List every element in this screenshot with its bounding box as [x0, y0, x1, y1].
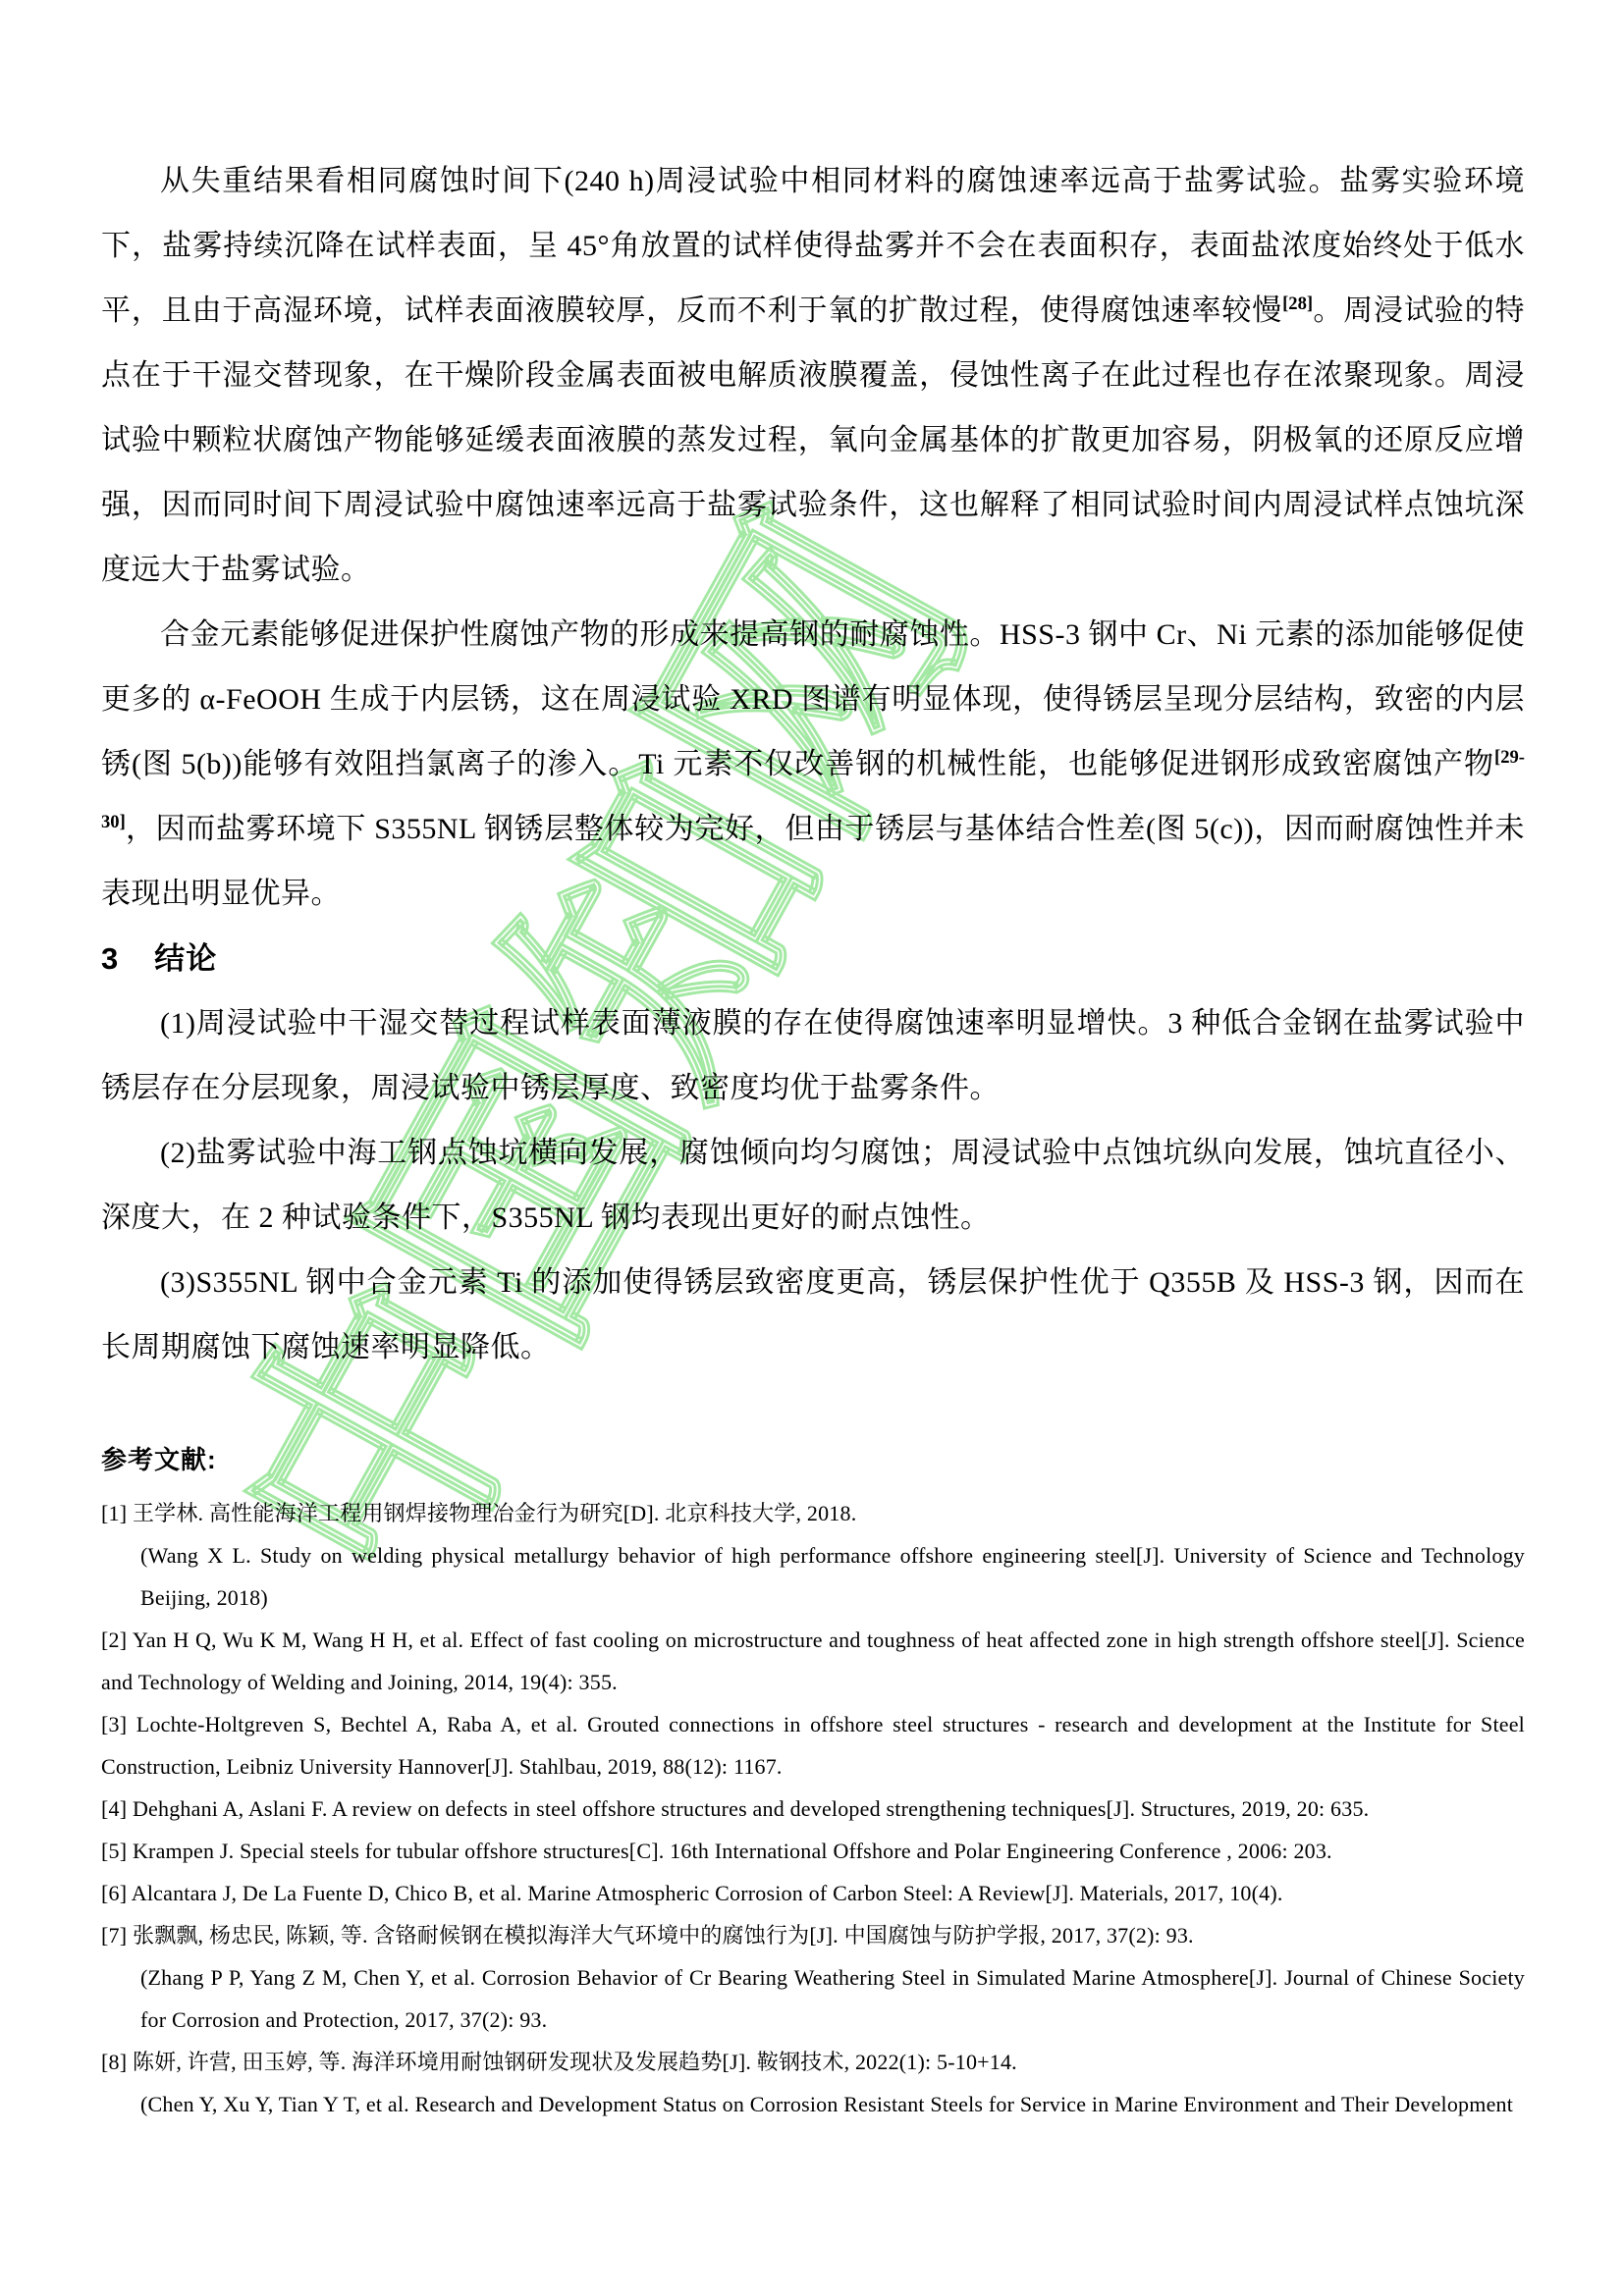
conclusion-item-2: (2)盐雾试验中海工钢点蚀坑横向发展，腐蚀倾向均匀腐蚀；周浸试验中点蚀坑纵向发展…	[101, 1121, 1525, 1251]
citation-superscript: [28]	[1282, 294, 1313, 314]
conclusion-item-3: (3)S355NL 钢中合金元素 Ti 的添加使得锈层致密度更高，锈层保护性优于…	[101, 1251, 1525, 1380]
section-number: 3	[101, 941, 119, 976]
references-heading: 参考文献:	[101, 1437, 1525, 1482]
references-list: [1] 王学林. 高性能海洋工程用钢焊接物理冶金行为研究[D]. 北京科技大学,…	[101, 1492, 1525, 2125]
manuscript-page: 中国知网 从失重结果看相同腐蚀时间下(240 h)周浸试验中相同材料的腐蚀速率远…	[0, 0, 1624, 2296]
paragraph-text: 合金元素能够促进保护性腐蚀产物的形成来提高钢的耐腐蚀性。HSS-3 钢中 Cr、…	[101, 618, 1525, 780]
reference-item-5: [5] Krampen J. Special steels for tubula…	[101, 1830, 1525, 1872]
reference-item-6: [6] Alcantara J, De La Fuente D, Chico B…	[101, 1872, 1525, 1914]
reference-item-7-translation: (Zhang P P, Yang Z M, Chen Y, et al. Cor…	[101, 1956, 1525, 2041]
reference-item-8: [8] 陈妍, 许营, 田玉婷, 等. 海洋环境用耐蚀钢研发现状及发展趋势[J]…	[101, 2041, 1525, 2083]
reference-item-1-translation: (Wang X L. Study on welding physical met…	[101, 1534, 1525, 1619]
reference-item-8-translation: (Chen Y, Xu Y, Tian Y T, et al. Research…	[101, 2083, 1525, 2125]
section-heading-conclusion: 3结论	[101, 927, 1525, 991]
conclusion-item-1: (1)周浸试验中干湿交替过程试样表面薄液膜的存在使得腐蚀速率明显增快。3 种低合…	[101, 991, 1525, 1121]
reference-item-4: [4] Dehghani A, Aslani F. A review on de…	[101, 1788, 1525, 1830]
body-paragraph-2: 合金元素能够促进保护性腐蚀产物的形成来提高钢的耐腐蚀性。HSS-3 钢中 Cr、…	[101, 603, 1525, 927]
paragraph-text: ，因而盐雾环境下 S355NL 钢锈层整体较为完好，但由于锈层与基体结合性差(图…	[101, 813, 1525, 910]
body-paragraph-1: 从失重结果看相同腐蚀时间下(240 h)周浸试验中相同材料的腐蚀速率远高于盐雾试…	[101, 149, 1525, 603]
reference-item-1: [1] 王学林. 高性能海洋工程用钢焊接物理冶金行为研究[D]. 北京科技大学,…	[101, 1492, 1525, 1534]
reference-item-2: [2] Yan H Q, Wu K M, Wang H H, et al. Ef…	[101, 1619, 1525, 1703]
paragraph-text: 。周浸试验的特点在于干湿交替现象，在干燥阶段金属表面被电解质液膜覆盖，侵蚀性离子…	[101, 294, 1525, 586]
section-title: 结论	[154, 941, 217, 976]
page-content: 从失重结果看相同腐蚀时间下(240 h)周浸试验中相同材料的腐蚀速率远高于盐雾试…	[101, 149, 1525, 2125]
reference-item-3: [3] Lochte-Holtgreven S, Bechtel A, Raba…	[101, 1703, 1525, 1788]
reference-item-7: [7] 张飘飘, 杨忠民, 陈颖, 等. 含铬耐候钢在模拟海洋大气环境中的腐蚀行…	[101, 1914, 1525, 1956]
